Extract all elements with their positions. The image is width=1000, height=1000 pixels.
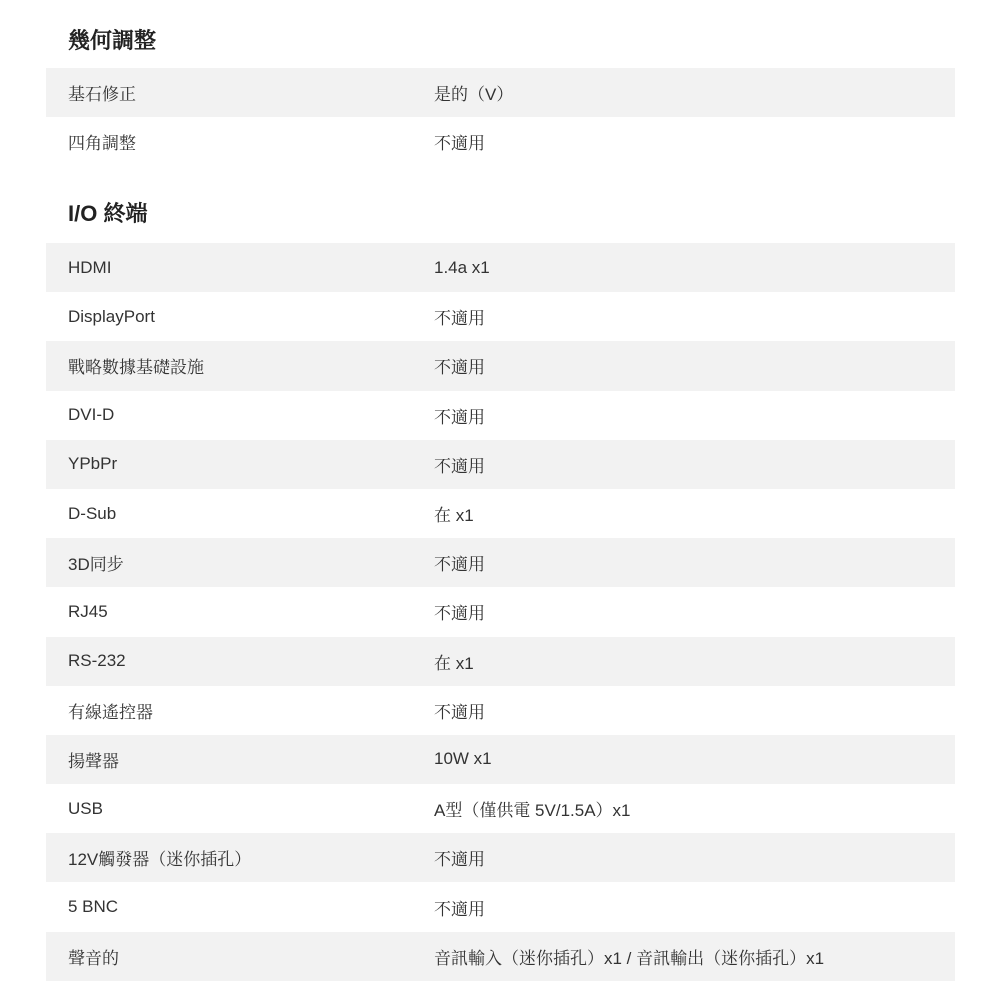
spec-label: 有線遙控器	[46, 698, 434, 723]
spec-label: D-Sub	[46, 504, 434, 524]
table-row: YPbPr 不適用	[46, 440, 955, 489]
table-row: DVI-D 不適用	[46, 391, 955, 440]
spec-value: A型（僅供電 5V/1.5A）x1	[434, 796, 955, 821]
spec-label: RS-232	[46, 651, 434, 671]
spec-label: YPbPr	[46, 454, 434, 474]
spec-table-geometry: 基石修正 是的（V） 四角調整 不適用	[46, 68, 955, 166]
spec-value: 不適用	[434, 129, 955, 154]
table-row: 聲音的 音訊輸入（迷你插孔）x1 / 音訊輸出（迷你插孔）x1	[46, 932, 955, 981]
spec-label: RJ45	[46, 602, 434, 622]
table-row: 四角調整 不適用	[46, 117, 955, 166]
table-row: RS-232 在 x1	[46, 637, 955, 686]
spec-value: 不適用	[434, 599, 955, 624]
spec-label: 3D同步	[46, 550, 434, 575]
table-row: 5 BNC 不適用	[46, 882, 955, 931]
spec-value: 在 x1	[434, 501, 955, 526]
spec-value: 不適用	[434, 403, 955, 428]
spec-value: 不適用	[434, 698, 955, 723]
spec-label: DisplayPort	[46, 307, 434, 327]
spec-value: 1.4a x1	[434, 258, 955, 278]
table-row: 戰略數據基礎設施 不適用	[46, 341, 955, 390]
table-row: RJ45 不適用	[46, 587, 955, 636]
table-row: 12V觸發器（迷你插孔） 不適用	[46, 833, 955, 882]
table-row: 揚聲器 10W x1	[46, 735, 955, 784]
spec-label: USB	[46, 799, 434, 819]
spec-label: 四角調整	[46, 129, 434, 154]
table-row: USB A型（僅供電 5V/1.5A）x1	[46, 784, 955, 833]
section-title-geometry: 幾何調整	[46, 26, 156, 56]
table-row: 3D同步 不適用	[46, 538, 955, 587]
spec-value: 不適用	[434, 895, 955, 920]
spec-table-io-terminals: HDMI 1.4a x1 DisplayPort 不適用 戰略數據基礎設施 不適…	[46, 243, 955, 981]
spec-label: HDMI	[46, 258, 434, 278]
spec-label: 揚聲器	[46, 747, 434, 772]
spec-label: 聲音的	[46, 944, 434, 969]
table-row: HDMI 1.4a x1	[46, 243, 955, 292]
spec-label: DVI-D	[46, 405, 434, 425]
spec-value: 不適用	[434, 550, 955, 575]
table-row: 有線遙控器 不適用	[46, 686, 955, 735]
spec-value: 音訊輸入（迷你插孔）x1 / 音訊輸出（迷你插孔）x1	[434, 944, 955, 969]
table-row: DisplayPort 不適用	[46, 292, 955, 341]
spec-value: 不適用	[434, 452, 955, 477]
spec-label: 基石修正	[46, 80, 434, 105]
spec-value: 在 x1	[434, 649, 955, 674]
spec-value: 不適用	[434, 353, 955, 378]
table-row: D-Sub 在 x1	[46, 489, 955, 538]
spec-label: 5 BNC	[46, 897, 434, 917]
section-title-io-terminals: I/O 終端	[46, 199, 147, 229]
table-row: 基石修正 是的（V）	[46, 68, 955, 117]
spec-value: 是的（V）	[434, 80, 955, 105]
spec-value: 不適用	[434, 304, 955, 329]
spec-value: 10W x1	[434, 749, 955, 769]
spec-value: 不適用	[434, 845, 955, 870]
spec-label: 12V觸發器（迷你插孔）	[46, 845, 434, 870]
spec-label: 戰略數據基礎設施	[46, 353, 434, 378]
